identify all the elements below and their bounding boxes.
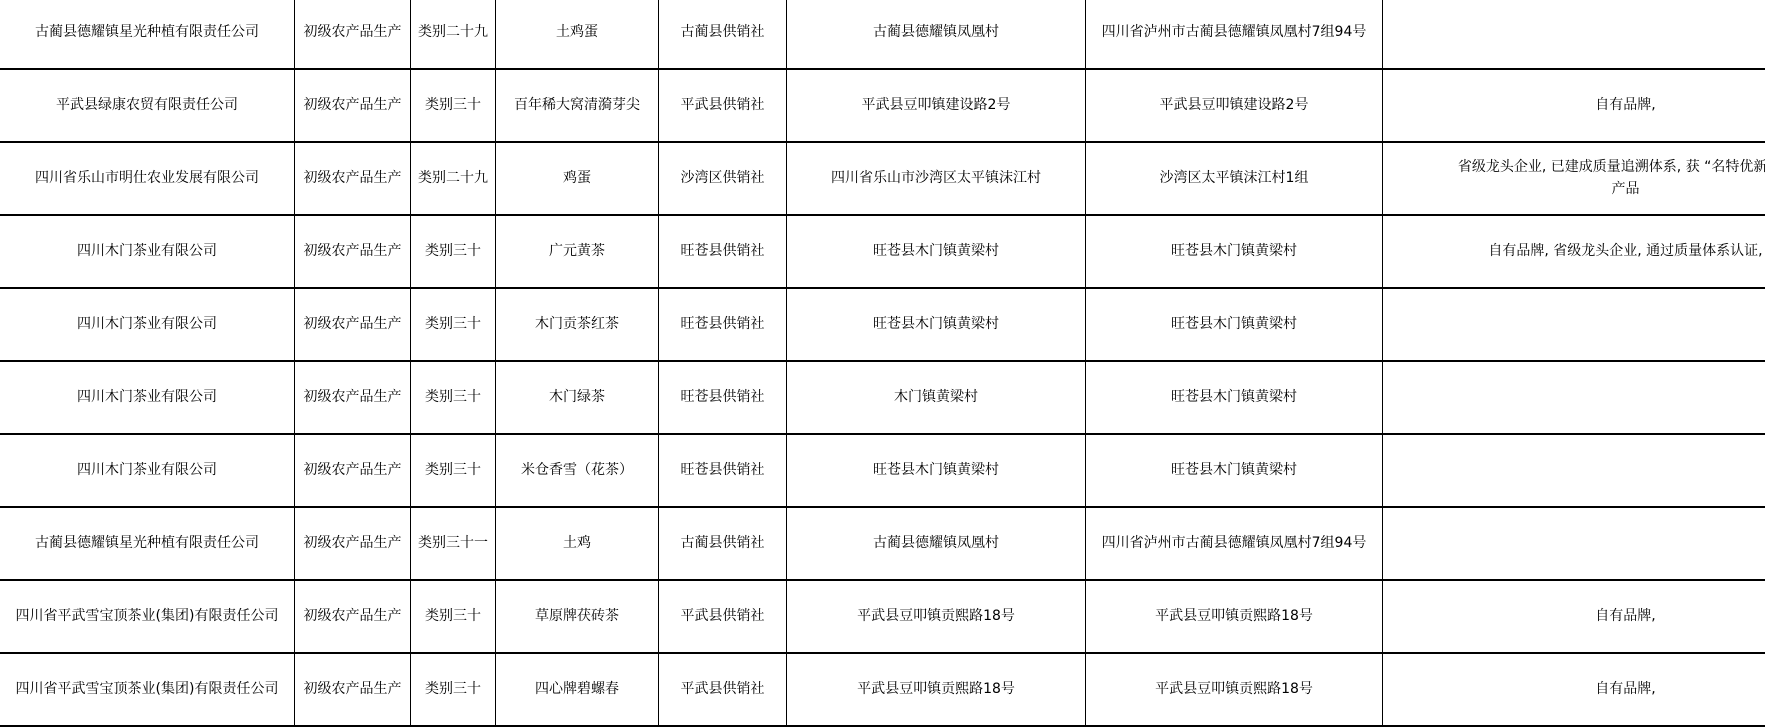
cell-remarks: 自有品牌,: [1383, 69, 1765, 142]
category-text: 类别三十: [425, 608, 481, 624]
cell-production-type: 初级农产品生产: [295, 215, 411, 288]
production-type-text: 初级农产品生产: [304, 24, 402, 40]
address-detailed-text: 旺苍县木门镇黄梁村: [1171, 243, 1297, 259]
cell-product-name: 广元黄茶: [496, 215, 659, 288]
production-type-text: 初级农产品生产: [304, 389, 402, 405]
cell-product-name: 草原牌茯砖茶: [496, 580, 659, 653]
cell-address-detailed: 平武县豆叩镇贡熙路18号: [1086, 653, 1383, 726]
cooperative-text: 古蔺县供销社: [681, 535, 765, 551]
cell-product-name: 米仓香雪（花茶）: [496, 434, 659, 507]
cell-remarks: [1383, 288, 1765, 361]
cell-company-name: 四川木门茶业有限公司: [0, 288, 295, 361]
cell-category: 类别三十: [411, 215, 496, 288]
cell-address-primary: 四川省乐山市沙湾区太平镇沫江村: [787, 142, 1086, 215]
cell-category: 类别三十: [411, 69, 496, 142]
company-name-text: 古蔺县德耀镇星光种植有限责任公司: [35, 535, 259, 551]
cell-address-detailed: 旺苍县木门镇黄梁村: [1086, 215, 1383, 288]
cell-address-primary: 平武县豆叩镇贡熙路18号: [787, 653, 1086, 726]
cell-address-detailed: 四川省泸州市古蔺县德耀镇凤凰村7组94号: [1086, 0, 1383, 69]
cell-company-name: 四川木门茶业有限公司: [0, 361, 295, 434]
cooperative-text: 旺苍县供销社: [681, 316, 765, 332]
cell-company-name: 四川木门茶业有限公司: [0, 215, 295, 288]
company-name-text: 古蔺县德耀镇星光种植有限责任公司: [35, 24, 259, 40]
cell-cooperative: 古蔺县供销社: [659, 0, 787, 69]
production-type-text: 初级农产品生产: [304, 316, 402, 332]
category-text: 类别三十: [425, 243, 481, 259]
address-primary-text: 平武县豆叩镇建设路2号: [862, 97, 1011, 113]
cell-company-name: 四川省乐山市明仕农业发展有限公司: [0, 142, 295, 215]
cell-address-primary: 平武县豆叩镇建设路2号: [787, 69, 1086, 142]
cell-product-name: 土鸡: [496, 507, 659, 580]
cell-company-name: 古蔺县德耀镇星光种植有限责任公司: [0, 0, 295, 69]
product-name-text: 鸡蛋: [563, 170, 591, 186]
cooperative-text: 平武县供销社: [681, 681, 765, 697]
production-type-text: 初级农产品生产: [304, 608, 402, 624]
cooperative-text: 旺苍县供销社: [681, 389, 765, 405]
cell-product-name: 木门绿茶: [496, 361, 659, 434]
cell-category: 类别三十: [411, 434, 496, 507]
product-name-text: 土鸡: [563, 535, 591, 551]
product-name-text: 土鸡蛋: [556, 24, 598, 40]
production-type-text: 初级农产品生产: [304, 97, 402, 113]
cell-address-detailed: 旺苍县木门镇黄梁村: [1086, 361, 1383, 434]
table-row: 平武县绿康农贸有限责任公司 初级农产品生产 类别三十 百年稀大窝清漪芽尖 平武县…: [0, 69, 1765, 142]
address-detailed-text: 旺苍县木门镇黄梁村: [1171, 316, 1297, 332]
cooperative-text: 平武县供销社: [681, 97, 765, 113]
remarks-text: 自有品牌, 省级龙头企业, 通过质量体系认证,: [1488, 241, 1762, 263]
address-detailed-text: 旺苍县木门镇黄梁村: [1171, 389, 1297, 405]
cooperative-text: 沙湾区供销社: [681, 170, 765, 186]
address-detailed-text: 四川省泸州市古蔺县德耀镇凤凰村7组94号: [1102, 535, 1367, 551]
cell-category: 类别二十九: [411, 0, 496, 69]
table-row: 古蔺县德耀镇星光种植有限责任公司 初级农产品生产 类别三十一 土鸡 古蔺县供销社…: [0, 507, 1765, 580]
cell-category: 类别三十: [411, 288, 496, 361]
cell-cooperative: 旺苍县供销社: [659, 361, 787, 434]
production-type-text: 初级农产品生产: [304, 462, 402, 478]
table-row: 四川省平武雪宝顶茶业(集团)有限责任公司 初级农产品生产 类别三十 草原牌茯砖茶…: [0, 580, 1765, 653]
cell-cooperative: 平武县供销社: [659, 69, 787, 142]
cell-address-primary: 木门镇黄梁村: [787, 361, 1086, 434]
cell-company-name: 四川省平武雪宝顶茶业(集团)有限责任公司: [0, 653, 295, 726]
product-name-text: 广元黄茶: [549, 243, 605, 259]
cell-category: 类别三十: [411, 580, 496, 653]
product-name-text: 木门绿茶: [549, 389, 605, 405]
company-name-text: 四川木门茶业有限公司: [77, 316, 217, 332]
cell-production-type: 初级农产品生产: [295, 288, 411, 361]
cell-product-name: 木门贡茶红茶: [496, 288, 659, 361]
address-primary-text: 四川省乐山市沙湾区太平镇沫江村: [831, 170, 1041, 186]
cell-production-type: 初级农产品生产: [295, 0, 411, 69]
production-type-text: 初级农产品生产: [304, 535, 402, 551]
cooperative-text: 古蔺县供销社: [681, 24, 765, 40]
product-name-text: 米仓香雪（花茶）: [521, 462, 633, 478]
address-primary-text: 古蔺县德耀镇凤凰村: [873, 24, 999, 40]
address-primary-text: 旺苍县木门镇黄梁村: [873, 462, 999, 478]
company-name-text: 四川省平武雪宝顶茶业(集团)有限责任公司: [16, 608, 279, 624]
product-name-text: 百年稀大窝清漪芽尖: [514, 97, 640, 113]
remarks-text: 自有品牌,: [1595, 95, 1655, 117]
cell-address-detailed: 旺苍县木门镇黄梁村: [1086, 434, 1383, 507]
table-row: 四川木门茶业有限公司 初级农产品生产 类别三十 木门贡茶红茶 旺苍县供销社 旺苍…: [0, 288, 1765, 361]
cell-company-name: 四川木门茶业有限公司: [0, 434, 295, 507]
table-row: 四川省乐山市明仕农业发展有限公司 初级农产品生产 类别二十九 鸡蛋 沙湾区供销社…: [0, 142, 1765, 215]
address-primary-text: 平武县豆叩镇贡熙路18号: [857, 681, 1015, 697]
cell-category: 类别三十: [411, 361, 496, 434]
address-primary-text: 旺苍县木门镇黄梁村: [873, 316, 999, 332]
spreadsheet-table-view: 古蔺县德耀镇星光种植有限责任公司 初级农产品生产 类别二十九 土鸡蛋 古蔺县供销…: [0, 0, 1765, 727]
address-detailed-text: 沙湾区太平镇沫江村1组: [1160, 170, 1309, 186]
cell-cooperative: 平武县供销社: [659, 653, 787, 726]
cell-cooperative: 旺苍县供销社: [659, 434, 787, 507]
company-name-text: 四川省乐山市明仕农业发展有限公司: [35, 170, 259, 186]
company-name-text: 四川木门茶业有限公司: [77, 243, 217, 259]
cell-remarks: [1383, 507, 1765, 580]
cell-production-type: 初级农产品生产: [295, 142, 411, 215]
cell-remarks: 自有品牌, 省级龙头企业, 通过质量体系认证,: [1383, 215, 1765, 288]
remarks-text: 自有品牌,: [1595, 679, 1655, 701]
address-primary-text: 平武县豆叩镇贡熙路18号: [857, 608, 1015, 624]
cell-address-detailed: 平武县豆叩镇建设路2号: [1086, 69, 1383, 142]
production-type-text: 初级农产品生产: [304, 681, 402, 697]
table-row: 四川木门茶业有限公司 初级农产品生产 类别三十 米仓香雪（花茶） 旺苍县供销社 …: [0, 434, 1765, 507]
cell-remarks: 自有品牌,: [1383, 580, 1765, 653]
product-name-text: 木门贡茶红茶: [535, 316, 619, 332]
producers-table-body: 古蔺县德耀镇星光种植有限责任公司 初级农产品生产 类别二十九 土鸡蛋 古蔺县供销…: [0, 0, 1765, 726]
cell-remarks: [1383, 361, 1765, 434]
cell-product-name: 百年稀大窝清漪芽尖: [496, 69, 659, 142]
table-row: 古蔺县德耀镇星光种植有限责任公司 初级农产品生产 类别二十九 土鸡蛋 古蔺县供销…: [0, 0, 1765, 69]
cooperative-text: 旺苍县供销社: [681, 462, 765, 478]
cell-product-name: 鸡蛋: [496, 142, 659, 215]
cell-production-type: 初级农产品生产: [295, 434, 411, 507]
cell-cooperative: 旺苍县供销社: [659, 288, 787, 361]
cell-address-primary: 旺苍县木门镇黄梁村: [787, 288, 1086, 361]
cell-category: 类别三十: [411, 653, 496, 726]
cell-address-detailed: 沙湾区太平镇沫江村1组: [1086, 142, 1383, 215]
cell-address-primary: 旺苍县木门镇黄梁村: [787, 215, 1086, 288]
cell-cooperative: 平武县供销社: [659, 580, 787, 653]
cell-category: 类别二十九: [411, 142, 496, 215]
address-detailed-text: 四川省泸州市古蔺县德耀镇凤凰村7组94号: [1102, 24, 1367, 40]
company-name-text: 平武县绿康农贸有限责任公司: [56, 97, 238, 113]
company-name-text: 四川木门茶业有限公司: [77, 462, 217, 478]
address-detailed-text: 平武县豆叩镇建设路2号: [1160, 97, 1309, 113]
category-text: 类别三十: [425, 681, 481, 697]
cell-remarks: [1383, 434, 1765, 507]
company-name-text: 四川木门茶业有限公司: [77, 389, 217, 405]
address-primary-text: 旺苍县木门镇黄梁村: [873, 243, 999, 259]
producers-table: 古蔺县德耀镇星光种植有限责任公司 初级农产品生产 类别二十九 土鸡蛋 古蔺县供销…: [0, 0, 1765, 727]
address-detailed-text: 平武县豆叩镇贡熙路18号: [1155, 608, 1313, 624]
cell-product-name: 四心牌碧螺春: [496, 653, 659, 726]
table-row: 四川省平武雪宝顶茶业(集团)有限责任公司 初级农产品生产 类别三十 四心牌碧螺春…: [0, 653, 1765, 726]
cell-company-name: 古蔺县德耀镇星光种植有限责任公司: [0, 507, 295, 580]
cell-cooperative: 旺苍县供销社: [659, 215, 787, 288]
cell-company-name: 平武县绿康农贸有限责任公司: [0, 69, 295, 142]
cell-address-primary: 平武县豆叩镇贡熙路18号: [787, 580, 1086, 653]
table-row: 四川木门茶业有限公司 初级农产品生产 类别三十 木门绿茶 旺苍县供销社 木门镇黄…: [0, 361, 1765, 434]
category-text: 类别二十九: [418, 170, 488, 186]
cell-production-type: 初级农产品生产: [295, 653, 411, 726]
cell-remarks: 自有品牌,: [1383, 653, 1765, 726]
cell-address-detailed: 旺苍县木门镇黄梁村: [1086, 288, 1383, 361]
address-detailed-text: 平武县豆叩镇贡熙路18号: [1155, 681, 1313, 697]
cell-category: 类别三十一: [411, 507, 496, 580]
cell-production-type: 初级农产品生产: [295, 507, 411, 580]
table-row: 四川木门茶业有限公司 初级农产品生产 类别三十 广元黄茶 旺苍县供销社 旺苍县木…: [0, 215, 1765, 288]
cell-address-detailed: 四川省泸州市古蔺县德耀镇凤凰村7组94号: [1086, 507, 1383, 580]
cell-address-primary: 旺苍县木门镇黄梁村: [787, 434, 1086, 507]
address-primary-text: 木门镇黄梁村: [894, 389, 978, 405]
product-name-text: 四心牌碧螺春: [535, 681, 619, 697]
production-type-text: 初级农产品生产: [304, 170, 402, 186]
cell-production-type: 初级农产品生产: [295, 580, 411, 653]
category-text: 类别三十: [425, 316, 481, 332]
address-primary-text: 古蔺县德耀镇凤凰村: [873, 535, 999, 551]
cell-address-detailed: 平武县豆叩镇贡熙路18号: [1086, 580, 1383, 653]
remarks-text: 省级龙头企业, 已建成质量追溯体系, 获 “名特优新” 农产品: [1453, 157, 1765, 200]
cooperative-text: 平武县供销社: [681, 608, 765, 624]
category-text: 类别三十: [425, 97, 481, 113]
category-text: 类别三十: [425, 462, 481, 478]
cell-address-primary: 古蔺县德耀镇凤凰村: [787, 507, 1086, 580]
category-text: 类别二十九: [418, 24, 488, 40]
production-type-text: 初级农产品生产: [304, 243, 402, 259]
cooperative-text: 旺苍县供销社: [681, 243, 765, 259]
cell-company-name: 四川省平武雪宝顶茶业(集团)有限责任公司: [0, 580, 295, 653]
category-text: 类别三十: [425, 389, 481, 405]
cell-remarks: 省级龙头企业, 已建成质量追溯体系, 获 “名特优新” 农产品: [1383, 142, 1765, 215]
company-name-text: 四川省平武雪宝顶茶业(集团)有限责任公司: [16, 681, 279, 697]
category-text: 类别三十一: [418, 535, 488, 551]
cell-address-primary: 古蔺县德耀镇凤凰村: [787, 0, 1086, 69]
cell-cooperative: 沙湾区供销社: [659, 142, 787, 215]
product-name-text: 草原牌茯砖茶: [535, 608, 619, 624]
remarks-text: 自有品牌,: [1595, 606, 1655, 628]
cell-production-type: 初级农产品生产: [295, 69, 411, 142]
cell-cooperative: 古蔺县供销社: [659, 507, 787, 580]
address-detailed-text: 旺苍县木门镇黄梁村: [1171, 462, 1297, 478]
cell-remarks: [1383, 0, 1765, 69]
cell-product-name: 土鸡蛋: [496, 0, 659, 69]
cell-production-type: 初级农产品生产: [295, 361, 411, 434]
